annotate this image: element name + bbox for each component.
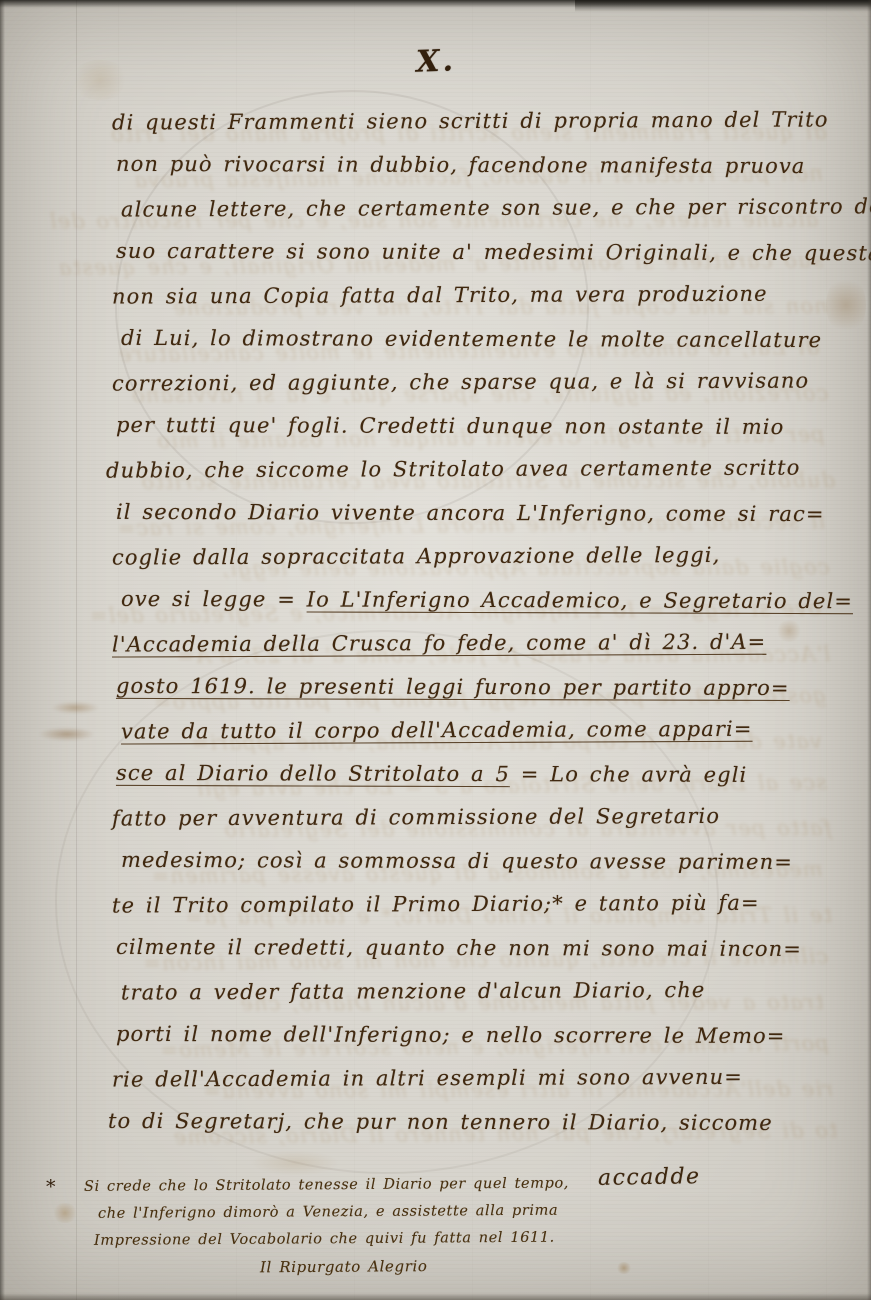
manuscript-line: to di Segretarj, che pur non tennero il … <box>108 1099 828 1145</box>
quoted-underlined-text: Io L'Inferigno Accademico, e Segretario … <box>307 587 853 613</box>
footnote-line: Impressione del Vocabolario che quivi fu… <box>94 1224 624 1255</box>
manuscript-line: ove si legge = Io L'Inferigno Accademico… <box>121 577 828 623</box>
line-text: suo carattere si sono unite a' medesimi … <box>116 238 871 264</box>
footnote-asterisk: * <box>46 1176 56 1198</box>
line-text: non sia una Copia fatta dal Trito, ma ve… <box>112 282 768 309</box>
manuscript-line: rie dell'Accademia in altri esempli mi s… <box>112 1055 828 1102</box>
line-text: coglie dalla sopraccitata Approvazione d… <box>112 543 720 570</box>
line-text: per tutti que' fogli. Credetti dunque no… <box>116 412 784 438</box>
line-text: dubbio, che siccome lo Stritolato avea c… <box>106 456 801 483</box>
quoted-underlined-text: sce al Diario dello Stritolato a 5 <box>116 760 510 785</box>
manuscript-line: gosto 1619. le presenti leggi furono per… <box>116 664 828 710</box>
manuscript-line: te il Trito compilato il Primo Diario;* … <box>112 881 828 928</box>
manuscript-line: non può rivocarsi in dubbio, facendone m… <box>116 142 828 188</box>
manuscript-line: l'Accademia della Crusca fo fede, come a… <box>112 620 828 667</box>
line-text: fatto per avventura di commissione del S… <box>112 804 720 831</box>
footnote-line: Il Ripurgato Alegrio <box>260 1252 624 1282</box>
manuscript-line: vate da tutto il corpo dell'Accademia, c… <box>121 707 828 754</box>
manuscript-line: di Lui, lo dimostrano evidentemente le m… <box>121 316 828 362</box>
footnote-line: Si crede che lo Stritolato tenesse il Di… <box>84 1170 624 1201</box>
line-text: il secondo Diario vivente ancora L'Infer… <box>116 499 825 525</box>
line-text: alcune lettere, che certamente son sue, … <box>121 194 871 221</box>
manuscript-line: trato a veder fatta menzione d'alcun Dia… <box>121 968 828 1015</box>
manuscript-line: il secondo Diario vivente ancora L'Infer… <box>116 490 828 536</box>
ink-stain <box>52 1203 78 1223</box>
manuscript-line: suo carattere si sono unite a' medesimi … <box>116 229 828 275</box>
page-edge-top-right <box>575 0 871 12</box>
manuscript-line: sce al Diario dello Stritolato a 5 = Lo … <box>116 751 828 797</box>
line-text: di Lui, lo dimostrano evidentemente le m… <box>121 325 822 351</box>
page-number-numeral: X. <box>415 43 456 79</box>
manuscript-line: per tutti que' fogli. Credetti dunque no… <box>116 403 828 449</box>
line-text: medesimo; così a sommossa di questo aves… <box>121 847 793 873</box>
manuscript-page: di questi Frammenti sieno scritti di pro… <box>0 0 871 1300</box>
line-text: = Lo che avrà egli <box>510 762 747 787</box>
page-edge-left <box>0 0 5 1300</box>
manuscript-line: dubbio, che siccome lo Stritolato avea c… <box>106 446 828 493</box>
line-text: to di Segretarj, che pur non tennero il … <box>108 1108 773 1134</box>
page-edge-bottom <box>0 1293 871 1300</box>
line-text: di questi Frammenti sieno scritti di pro… <box>112 107 829 134</box>
manuscript-line: correzioni, ed aggiunte, che sparse qua,… <box>112 359 828 406</box>
line-text: rie dell'Accademia in altri esempli mi s… <box>112 1065 743 1092</box>
manuscript-line: medesimo; così a sommossa di questo aves… <box>121 838 828 884</box>
quoted-underlined-text: vate da tutto il corpo dell'Accademia, c… <box>121 717 753 744</box>
line-text: porti il nome dell'Inferigno; e nello sc… <box>116 1021 786 1047</box>
quoted-underlined-text: gosto 1619. le presenti leggi furono per… <box>116 673 790 699</box>
line-text: non può rivocarsi in dubbio, facendone m… <box>116 151 806 177</box>
manuscript-line: non sia una Copia fatta dal Trito, ma ve… <box>112 272 828 319</box>
margin-ink-offset-smudge <box>28 688 114 754</box>
footnote: Si crede che lo Stritolato tenesse il Di… <box>84 1172 624 1280</box>
page-edge-right <box>867 0 871 1300</box>
manuscript-line: porti il nome dell'Inferigno; e nello sc… <box>116 1012 828 1058</box>
quoted-underlined-text: l'Accademia della Crusca fo fede, come a… <box>112 630 766 657</box>
manuscript-line: coglie dalla sopraccitata Approvazione d… <box>112 533 828 580</box>
line-text: trato a veder fatta menzione d'alcun Dia… <box>121 978 705 1005</box>
manuscript-line: di questi Frammenti sieno scritti di pro… <box>112 98 828 145</box>
ink-stain <box>826 275 866 335</box>
manuscript-line: fatto per avventura di commissione del S… <box>112 794 828 841</box>
line-text: ove si legge = <box>121 586 307 611</box>
manuscript-line: cilmente il credetti, quanto che non mi … <box>116 925 828 971</box>
manuscript-line: alcune lettere, che certamente son sue, … <box>121 185 828 232</box>
manuscript-body: di questi Frammenti sieno scritti di pro… <box>112 100 828 1144</box>
line-text: te il Trito compilato il Primo Diario;* … <box>112 891 760 918</box>
paper-fold-line <box>76 0 77 1300</box>
footnote-line: che l'Inferigno dimorò a Venezia, e assi… <box>98 1197 624 1228</box>
ink-stain <box>70 60 130 100</box>
line-text: correzioni, ed aggiunte, che sparse qua,… <box>112 369 809 396</box>
line-text: cilmente il credetti, quanto che non mi … <box>116 934 802 960</box>
